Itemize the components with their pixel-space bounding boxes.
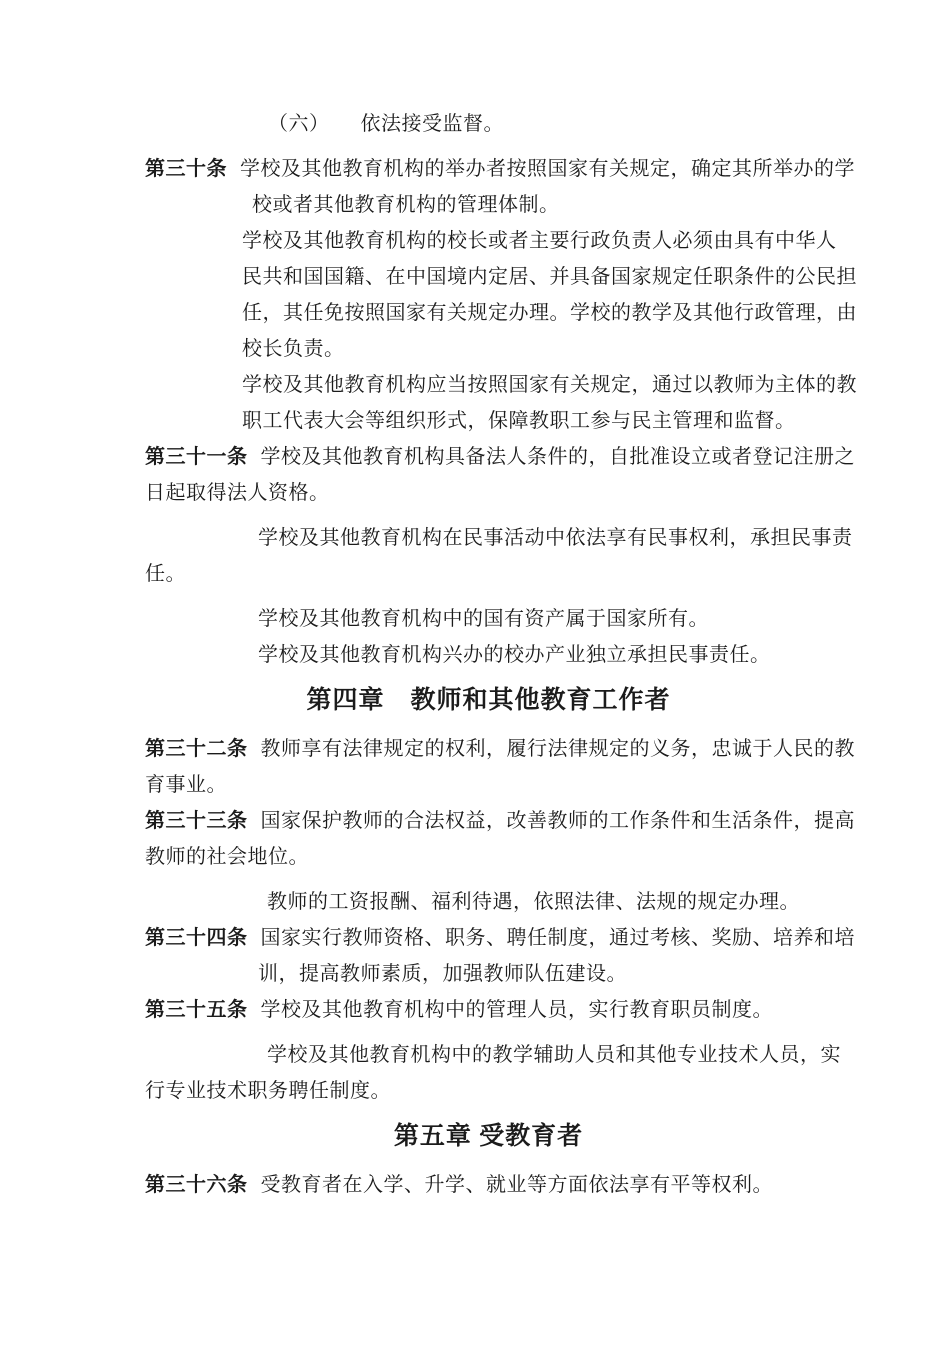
- article-36-label: 第三十六条: [145, 1174, 248, 1196]
- article-31-line-2-text: 日起取得法人资格。: [145, 482, 330, 504]
- article-33-text: 国家保护教师的合法权益，改善教师的工作条件和生活条件，提高: [261, 810, 856, 832]
- article-35-text: 学校及其他教育机构中的管理人员，实行教育职员制度。: [261, 999, 774, 1021]
- article-34-label: 第三十四条: [145, 927, 248, 949]
- article-34-line-2-text: 训，提高教师素质，加强教师队伍建设。: [258, 963, 627, 985]
- article-30-line-6: 校长负责。: [242, 331, 832, 367]
- article-30-line-8: 职工代表大会等组织形式，保障教职工参与民主管理和监督。: [242, 403, 832, 439]
- article-33-line-2-text: 教师的社会地位。: [145, 846, 309, 868]
- article-33-line-3-text: 教师的工资报酬、福利待遇，依照法律、法规的规定办理。: [267, 891, 800, 913]
- article-30-line-3-text: 学校及其他教育机构的校长或者主要行政负责人必须由具有中华人: [242, 230, 837, 252]
- article-31-line-4-text: 任。: [145, 563, 186, 585]
- chapter-4-heading-text: 第四章 教师和其他教育工作者: [306, 687, 670, 714]
- article-31-line-5: 学校及其他教育机构中的国有资产属于国家所有。: [258, 601, 832, 637]
- article-30-label: 第三十条: [145, 158, 227, 180]
- article-31-line-6-text: 学校及其他教育机构兴办的校办产业独立承担民事责任。: [258, 644, 771, 666]
- article-30-line-7-text: 学校及其他教育机构应当按照国家有关规定，通过以教师为主体的教: [242, 374, 857, 396]
- article-30-line-4: 民共和国国籍、在中国境内定居、并具备国家规定任职条件的公民担: [242, 259, 832, 295]
- article-36-text: 受教育者在入学、升学、就业等方面依法享有平等权利。: [261, 1174, 774, 1196]
- article-30-line-1: 第三十条学校及其他教育机构的举办者按照国家有关规定，确定其所举办的学: [145, 151, 832, 187]
- article-32-label: 第三十二条: [145, 738, 248, 760]
- article-35-line-2: 学校及其他教育机构中的教学辅助人员和其他专业技术人员，实: [267, 1037, 832, 1073]
- article-34-text: 国家实行教师资格、职务、聘任制度，通过考核、奖励、培养和培: [261, 927, 856, 949]
- article-31-line-3: 学校及其他教育机构在民事活动中依法享有民事权利，承担民事责: [258, 520, 832, 556]
- article-33-line-2: 教师的社会地位。: [145, 839, 832, 875]
- article-30-line-2: 校或者其他教育机构的管理体制。: [252, 187, 832, 223]
- article-31-line-5-text: 学校及其他教育机构中的国有资产属于国家所有。: [258, 608, 709, 630]
- article-30-line-2-text: 校或者其他教育机构的管理体制。: [252, 194, 560, 216]
- document-content: （六） 依法接受监督。 第三十条学校及其他教育机构的举办者按照国家有关规定，确定…: [0, 0, 952, 1203]
- article-30-line-3: 学校及其他教育机构的校长或者主要行政负责人必须由具有中华人: [242, 223, 832, 259]
- article-35-line-3-text: 行专业技术职务聘任制度。: [145, 1080, 391, 1102]
- article-33-line-3: 教师的工资报酬、福利待遇，依照法律、法规的规定办理。: [267, 884, 832, 920]
- article-31-line-4: 任。: [145, 556, 832, 592]
- article-33-line-1: 第三十三条国家保护教师的合法权益，改善教师的工作条件和生活条件，提高: [145, 803, 832, 839]
- article-32-text: 教师享有法律规定的权利，履行法律规定的义务，忠诚于人民的教: [261, 738, 856, 760]
- chapter-4-heading: 第四章 教师和其他教育工作者: [145, 681, 832, 721]
- document-page: （六） 依法接受监督。 第三十条学校及其他教育机构的举办者按照国家有关规定，确定…: [0, 0, 952, 1347]
- article-35-line-3: 行专业技术职务聘任制度。: [145, 1073, 832, 1109]
- article-31-label: 第三十一条: [145, 446, 248, 468]
- article-35-label: 第三十五条: [145, 999, 248, 1021]
- article-31-line-2: 日起取得法人资格。: [145, 475, 832, 511]
- clause-item-6: （六） 依法接受监督。: [268, 106, 832, 142]
- article-34-line-1: 第三十四条国家实行教师资格、职务、聘任制度，通过考核、奖励、培养和培: [145, 920, 832, 956]
- chapter-5-heading-text: 第五章 受教育者: [394, 1123, 583, 1150]
- chapter-5-heading: 第五章 受教育者: [145, 1117, 832, 1157]
- article-30-line-8-text: 职工代表大会等组织形式，保障教职工参与民主管理和监督。: [242, 410, 796, 432]
- article-32-line-2: 育事业。: [145, 767, 832, 803]
- article-32-line-2-text: 育事业。: [145, 774, 227, 796]
- article-30-line-5-text: 任，其任免按照国家有关规定办理。学校的教学及其他行政管理，由: [242, 302, 857, 324]
- article-31-line-3-text: 学校及其他教育机构在民事活动中依法享有民事权利，承担民事责: [258, 527, 853, 549]
- article-32-line-1: 第三十二条教师享有法律规定的权利，履行法律规定的义务，忠诚于人民的教: [145, 731, 832, 767]
- article-31-text: 学校及其他教育机构具备法人条件的，自批准设立或者登记注册之: [261, 446, 856, 468]
- article-35-line-2-text: 学校及其他教育机构中的教学辅助人员和其他专业技术人员，实: [267, 1044, 841, 1066]
- article-33-label: 第三十三条: [145, 810, 248, 832]
- article-35-line-1: 第三十五条学校及其他教育机构中的管理人员，实行教育职员制度。: [145, 992, 832, 1028]
- article-30-line-6-text: 校长负责。: [242, 338, 345, 360]
- article-34-line-2: 训，提高教师素质，加强教师队伍建设。: [258, 956, 832, 992]
- article-31-line-6: 学校及其他教育机构兴办的校办产业独立承担民事责任。: [258, 637, 832, 673]
- article-30-text: 学校及其他教育机构的举办者按照国家有关规定，确定其所举办的学: [240, 158, 855, 180]
- article-30-line-5: 任，其任免按照国家有关规定办理。学校的教学及其他行政管理，由: [242, 295, 832, 331]
- article-36-line-1: 第三十六条受教育者在入学、升学、就业等方面依法享有平等权利。: [145, 1167, 832, 1203]
- article-30-line-7: 学校及其他教育机构应当按照国家有关规定，通过以教师为主体的教: [242, 367, 832, 403]
- article-30-line-4-text: 民共和国国籍、在中国境内定居、并具备国家规定任职条件的公民担: [242, 266, 857, 288]
- article-31-line-1: 第三十一条学校及其他教育机构具备法人条件的，自批准设立或者登记注册之: [145, 439, 832, 475]
- clause-item-6-text: （六） 依法接受监督。: [268, 113, 504, 135]
